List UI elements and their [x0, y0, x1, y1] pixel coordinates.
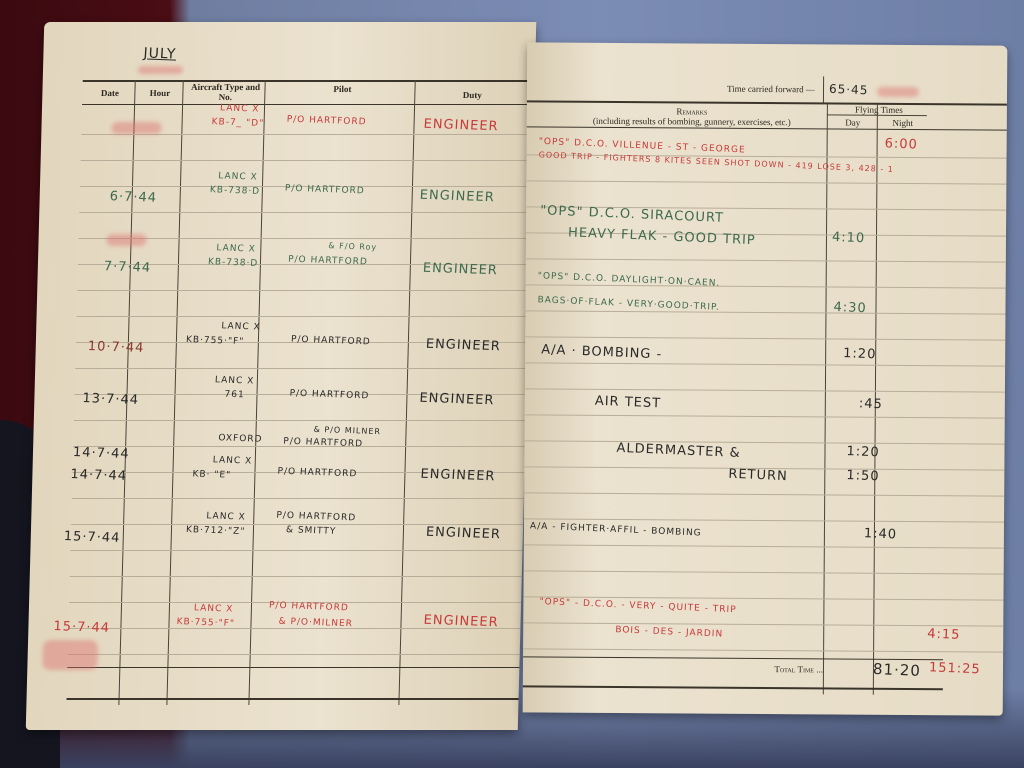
ruled-line — [523, 648, 1003, 652]
day-time: :45 — [859, 396, 884, 412]
day-header: Day — [829, 117, 877, 127]
entry-pilot-note: & F/O Roy — [328, 241, 377, 252]
carried-forward-day: 65·45 — [829, 82, 869, 98]
ink-smear — [106, 234, 146, 246]
col-divider — [398, 80, 415, 705]
entry-aircraft-no: KB·755·"F" — [176, 617, 235, 629]
ruled-line — [75, 368, 527, 369]
entry-pilot-note: & P/O MILNER — [313, 425, 381, 436]
entry-duty: ENGINEER — [423, 117, 499, 135]
entry-aircraft-type: LANC X — [194, 603, 234, 614]
day-time: 1:40 — [864, 526, 898, 542]
remarks-line: ALDERMASTER & — [616, 441, 741, 461]
remarks-line: HEAVY FLAK - GOOD TRIP — [568, 225, 756, 248]
ruled-line — [68, 654, 520, 655]
remarks-subheader: (including results of bombing, gunnery, … — [547, 115, 837, 127]
ruled-line — [525, 336, 1005, 340]
ruled-line — [524, 518, 1004, 522]
remarks-line: "OPS" - D.C.O. - VERY - QUITE - TRIP — [539, 597, 737, 615]
col-divider — [166, 80, 183, 705]
entry-duty: ENGINEER — [423, 613, 499, 631]
entry-aircraft-no: KB·712·"Z" — [186, 525, 246, 537]
col-header-duty: Duty — [422, 90, 522, 100]
ink-smear — [42, 640, 98, 670]
ruled-line — [525, 440, 1005, 444]
ruled-line — [74, 420, 526, 421]
ruled-line — [526, 258, 1006, 262]
entry-pilot: P/O HARTFORD — [289, 389, 369, 402]
entry-aircraft-no: KB-738·D — [210, 185, 261, 197]
col-header-hour: Hour — [137, 88, 182, 98]
ruled-line — [526, 180, 1006, 184]
ruled-line — [72, 498, 524, 499]
ink-smear — [138, 66, 183, 74]
ruled-line — [81, 160, 533, 161]
entry-aircraft-no: KB· "E" — [192, 469, 231, 480]
entry-pilot: P/O HARTFORD — [277, 467, 357, 480]
entry-duty: ENGINEER — [425, 337, 501, 355]
entry-pilot: P/O HARTFORD — [291, 335, 371, 348]
entry-pilot: P/O HARTFORD — [276, 511, 356, 524]
entry-aircraft-no: KB-738·D — [208, 257, 259, 269]
day-time: 1:20 — [843, 346, 877, 362]
entry-date: 7·7·44 — [103, 259, 151, 276]
entry-aircraft-type: LANC X — [220, 103, 260, 114]
carried-forward-label: Time carried forward — — [727, 84, 1024, 96]
ruled-line — [525, 388, 1005, 392]
entry-date: 13·7·44 — [82, 391, 139, 408]
entry-duty: ENGINEER — [420, 467, 496, 485]
flying-times-header: Flying Times — [829, 104, 929, 115]
remarks-line: AIR TEST — [595, 394, 662, 412]
col-divider — [823, 76, 824, 104]
remarks-line: "OPS" D.C.O. DAYLIGHT·ON·CAEN. — [538, 271, 721, 289]
entry-duty: ENGINEER — [419, 188, 495, 206]
entry-pilot: P/O HARTFORD — [285, 184, 365, 197]
day-time: 1:50 — [846, 468, 880, 484]
logbook-right-page: Time carried forward — 65·45 Remarks (in… — [523, 42, 1008, 715]
remarks-line: RETURN — [728, 467, 788, 484]
ink-smear — [111, 122, 161, 134]
entry-aircraft-type: LANC X — [215, 375, 255, 386]
ruled-line — [525, 414, 1005, 418]
col-divider-day — [823, 102, 828, 694]
ruled-line — [525, 362, 1005, 366]
col-header-date: Date — [87, 88, 132, 98]
day-time: 4:30 — [833, 300, 867, 316]
total-time-label: Total Time ... — [743, 664, 823, 675]
entry-aircraft-no: KB-7_ "D" — [211, 117, 264, 129]
ruled-line — [524, 544, 1004, 548]
col-header-aircraft: Aircraft Type and No. — [190, 82, 261, 102]
day-time: 4:10 — [832, 230, 866, 246]
entry-date: 15·7·44 — [63, 529, 120, 546]
entry-aircraft-no: KB·755·"F" — [186, 335, 245, 347]
month-heading: JULY — [143, 45, 177, 62]
entry-duty: ENGINEER — [425, 525, 501, 543]
entry-pilot: P/O HARTFORD — [286, 115, 366, 128]
ruled-line — [81, 134, 533, 135]
ruled-line — [77, 290, 529, 291]
entry-pilot: P/O HARTFORD — [283, 437, 363, 450]
entry-date: 14·7·44 — [73, 445, 130, 462]
entry-date: 14·7·44 — [70, 467, 127, 484]
entry-aircraft-no: 761 — [224, 390, 245, 401]
entry-pilot: P/O HARTFORD — [288, 255, 368, 268]
total-day: 81·20 — [873, 660, 922, 680]
night-time: 4:15 — [927, 627, 961, 643]
entry-date: 10·7·44 — [87, 339, 144, 356]
entry-pilot-note: & SMITTY — [286, 525, 337, 537]
remarks-line: A/A - FIGHTER·AFFIL - BOMBING — [530, 521, 702, 538]
carried-forward-text: Time carried forward — — [727, 84, 815, 95]
header-bottom-rule — [82, 104, 534, 105]
entry-aircraft-type: LANC X — [212, 455, 252, 466]
entry-date: 15·7·44 — [53, 619, 110, 636]
night-time: 6:00 — [884, 136, 918, 152]
ruled-line — [70, 576, 522, 577]
remarks-line: BOIS - DES - JARDIN — [615, 625, 723, 640]
remarks-line: A/A · BOMBING - — [541, 342, 663, 362]
ruled-line — [70, 550, 522, 551]
entry-date: 6·7·44 — [109, 189, 157, 206]
footer-bottom-rule — [67, 698, 519, 700]
ruled-line — [524, 570, 1004, 574]
ruled-line — [526, 284, 1006, 288]
entry-aircraft-type: LANC X — [206, 511, 246, 522]
day-time: 1:20 — [846, 444, 880, 460]
entry-duty: ENGINEER — [419, 391, 495, 409]
entry-aircraft-type: LANC X — [218, 171, 258, 182]
entry-aircraft-type: LANC X — [221, 321, 261, 332]
ruled-line — [525, 310, 1005, 314]
footer-bottom-rule — [523, 685, 943, 690]
entry-aircraft-type: LANC X — [216, 243, 256, 254]
entry-pilot: P/O HARTFORD — [269, 601, 349, 614]
total-night: 151:25 — [929, 660, 981, 677]
footer-rule — [67, 667, 519, 668]
ruled-line — [524, 492, 1004, 496]
night-header: Night — [879, 118, 927, 128]
header-top-rule — [83, 80, 535, 82]
ruled-line — [79, 212, 531, 213]
ink-smear-carried-night — [877, 87, 919, 97]
entry-duty: ENGINEER — [422, 261, 498, 279]
entry-aircraft-type: OXFORD — [218, 433, 263, 445]
logbook-left-page: JULY Date Hour Aircraft Type and No. Pil… — [26, 22, 537, 730]
ruled-line — [77, 316, 529, 317]
col-header-pilot: Pilot — [282, 84, 402, 94]
